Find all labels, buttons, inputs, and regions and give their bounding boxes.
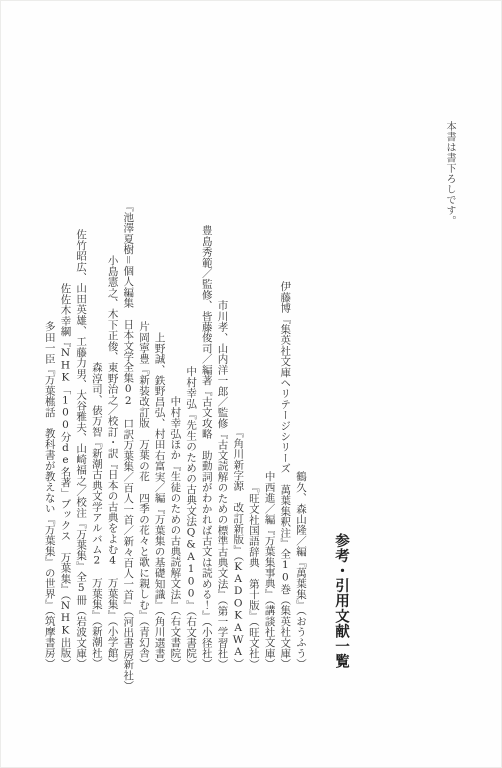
references-list: 参考・引用文献一覧 鶴久、森山隆／編『萬葉集』（おうふう） 伊藤博『集英社文庫ヘ… — [21, 201, 351, 669]
reference-entry: 豊島秀範／監修、皆藤俊司／編著『古文攻略 助動詞がわかれば古文は読める！』（小径… — [198, 225, 214, 669]
reference-entry: 佐佐木幸綱『NHK「100分de名著」ブックス 万葉集』（NHK出版） — [57, 283, 73, 669]
reference-entry: 多田一臣『万葉樵話 教科書が教えない『万葉集』の世界』（筑摩書房） — [41, 321, 57, 669]
reference-entry: 森淳司、俵万智『新潮古典文学アルバム2 万葉集』（新潮社） — [88, 362, 104, 669]
reference-entry: 中村幸弘『先生のための古典文法Q&A100』（右文書院） — [182, 366, 198, 669]
reference-entry: 市川孝、山内洋一郎／監修『古文読解のための標準古典文法』（第一学習社） — [214, 300, 230, 669]
reference-entry: 中西進／編『万葉集事典』（講談社文庫） — [261, 471, 277, 669]
reference-entry: 『旺文社国語辞典 第十版』（旺文社） — [245, 482, 261, 669]
reference-entry: 伊藤博『集英社文庫ヘリテージシリーズ 萬葉集釈注』全10巻（集英社文庫） — [277, 281, 293, 669]
reference-entry: 佐竹昭広、山田英雄、工藤力男、大谷雅夫、山崎福之／校注『万葉集』全5冊（岩波文庫… — [72, 229, 88, 669]
references-title: 参考・引用文献一覧 — [332, 533, 351, 669]
reference-entry: 中村幸弘ほか『生徒のための古典読解文法』（右文書院） — [167, 396, 183, 669]
reference-entry: 鶴久、森山隆／編『萬葉集』（おうふう） — [292, 471, 308, 669]
reference-entry: 片岡寧豊『新装改訂版 万葉の花 四季の花々と歌に親しむ』（青幻舎） — [135, 321, 151, 669]
reference-entry: 上野誠、鉄野昌弘、村田右富実／編『万葉集の基礎知識』（角川選書） — [151, 332, 167, 669]
reference-entry: 『角川新字源 改訂新版』（KADOKAWA） — [229, 427, 245, 669]
reference-entry: 小島憲之、木下正俊、東野治之／校訂・訳『日本の古典をよむ4 万葉集』（小学館） — [104, 255, 120, 669]
colophon-note: 本書は書下ろしです。 — [442, 121, 457, 226]
reference-entry: 『池澤夏樹＝個人編集 日本文学全集02 口訳万葉集／百人一首／新々百人一首』（河… — [120, 201, 136, 669]
book-page: 本書は書下ろしです。 参考・引用文献一覧 鶴久、森山隆／編『萬葉集』（おうふう）… — [0, 0, 502, 768]
